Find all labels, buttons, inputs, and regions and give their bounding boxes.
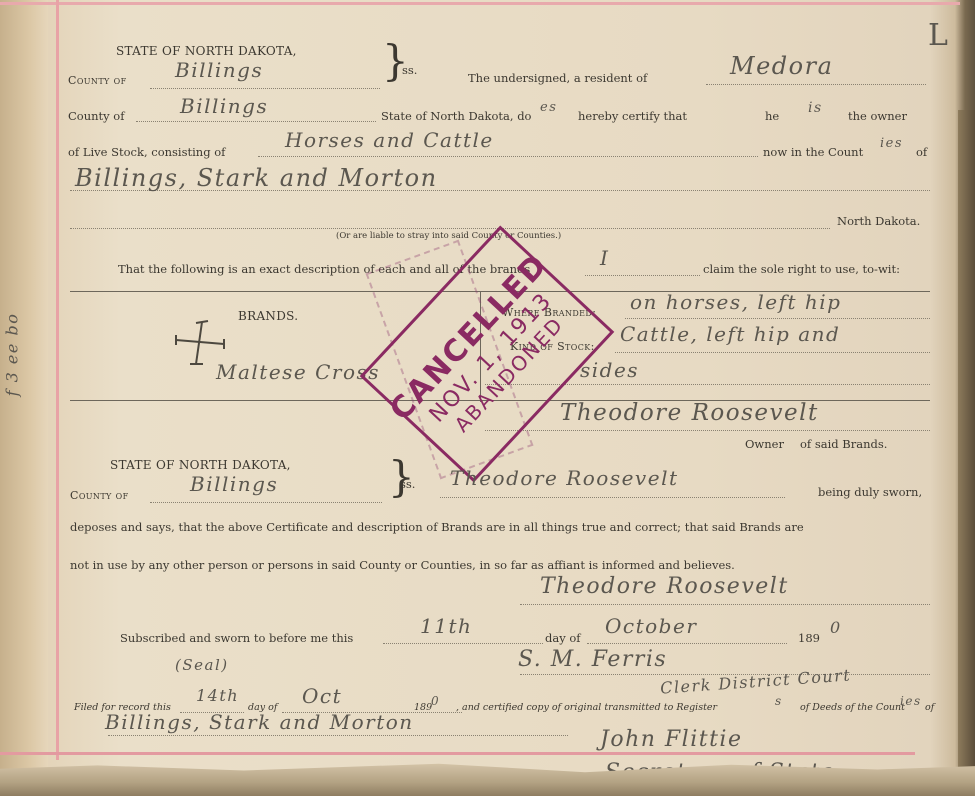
margin-rule-top (0, 2, 960, 5)
residence-field-line (706, 84, 926, 85)
affiant-signature: Theodore Roosevelt (540, 574, 789, 599)
north-dakota-text: North Dakota. (837, 214, 920, 228)
counties-field-line-2 (70, 228, 830, 229)
pronoun: he (765, 109, 779, 123)
does-suffix: es (540, 100, 557, 115)
jurat-month-line (587, 643, 787, 644)
of-said-brands: of said Brands. (800, 437, 887, 451)
claim-text: claim the sole right to use, to-wit: (703, 262, 900, 276)
verb-value: is (808, 100, 823, 116)
county-field-line (150, 88, 380, 89)
affiant-value: Theodore Roosevelt (450, 466, 679, 490)
officer-signature: S. M. Ferris (518, 647, 667, 672)
affidavit-ss-label: ss. (400, 477, 415, 491)
county-label: County of (68, 74, 127, 87)
county-field-line-2 (136, 121, 376, 122)
affiant-signature-line (520, 604, 930, 605)
jurat-month-value: October (605, 614, 697, 638)
owner-signature-line (485, 430, 930, 431)
livestock-label: of Live Stock, consisting of (68, 145, 225, 159)
stray-note: (Or are liable to stray into said County… (336, 231, 561, 241)
margin-rule-bottom (0, 752, 915, 755)
filed-year-value: 0 (431, 694, 440, 708)
owner-signature: Theodore Roosevelt (560, 400, 819, 426)
county-value-2: Billings (180, 94, 268, 118)
deeds-text: of Deeds of the Count (800, 702, 905, 713)
pronoun-field-line (585, 275, 700, 276)
county-value: Billings (175, 58, 263, 82)
state-heading: STATE OF NORTH DAKOTA, (116, 44, 297, 58)
counties-text: now in the Count (763, 145, 863, 159)
binding-edge (0, 0, 48, 796)
affidavit-county-label: County of (70, 489, 129, 502)
state-text: State of North Dakota, do (381, 109, 531, 123)
register-suffix: s (775, 694, 783, 708)
kind-of-stock-value-2: sides (580, 358, 639, 382)
subscribed-text: Subscribed and sworn to before me this (120, 631, 353, 645)
page-edge-right (958, 110, 975, 796)
filed-month-value: Oct (302, 684, 342, 708)
filed-year-prefix: 189 (414, 702, 432, 713)
filed-counties-line (108, 735, 568, 736)
undersigned-text: The undersigned, a resident of (468, 71, 647, 85)
counties-value: Billings, Stark and Morton (75, 164, 438, 192)
affidavit-line-1: deposes and says, that the above Certifi… (70, 520, 804, 534)
pronoun-value: I (600, 246, 609, 270)
livestock-field-line (258, 156, 758, 157)
owner-text: the owner (848, 109, 907, 123)
jurat-day-line (383, 643, 543, 644)
officer-title: Clerk District Court (660, 665, 852, 697)
hereby-text: hereby certify that (578, 109, 687, 123)
certified-text: , and certified copy of original transmi… (456, 702, 717, 713)
jurat-year-prefix: 189 (798, 631, 820, 645)
affidavit-county-line (150, 502, 382, 503)
where-branded-value: on horses, left hip (630, 290, 841, 314)
affidavit-line-2: not in use by any other person or person… (70, 558, 735, 572)
secretary-signature: John Flittie (600, 727, 742, 752)
brands-heading: BRANDS. (238, 309, 298, 323)
affiant-line (440, 497, 785, 498)
county-label-2: County of (68, 109, 125, 123)
owner-label: Owner (745, 437, 784, 451)
brand-description: Maltese Cross (216, 360, 380, 384)
kind-of-stock-line (615, 352, 930, 353)
jurat-year-value: 0 (830, 618, 842, 637)
residence-value: Medora (730, 52, 833, 80)
counties-suffix: ies (880, 136, 903, 151)
filed-day-value: 14th (196, 686, 239, 705)
affidavit-county-value: Billings (190, 472, 278, 496)
livestock-value: Horses and Cattle (285, 128, 494, 152)
margin-rule-left (56, 0, 59, 760)
jurat-day-value: 11th (420, 614, 472, 638)
seal-note: (Seal) (175, 656, 229, 674)
filed-of: of (925, 702, 934, 713)
corner-check-mark: L (928, 18, 949, 53)
where-branded-line (625, 318, 930, 319)
filed-counties-value: Billings, Stark and Morton (105, 710, 414, 734)
kind-of-stock-value: Cattle, left hip and (620, 322, 840, 346)
margin-note: f 3 ee bo (2, 313, 21, 397)
affidavit-state-heading: STATE OF NORTH DAKOTA, (110, 458, 291, 472)
jurat-day-of: day of (545, 631, 581, 645)
duly-sworn-text: being duly sworn, (818, 485, 922, 499)
count-suffix: ies (900, 694, 922, 708)
counties-of: of (916, 145, 927, 159)
ss-label: ss. (402, 63, 417, 77)
document-page: L f 3 ee bo STATE OF NORTH DAKOTA, Count… (0, 0, 975, 796)
